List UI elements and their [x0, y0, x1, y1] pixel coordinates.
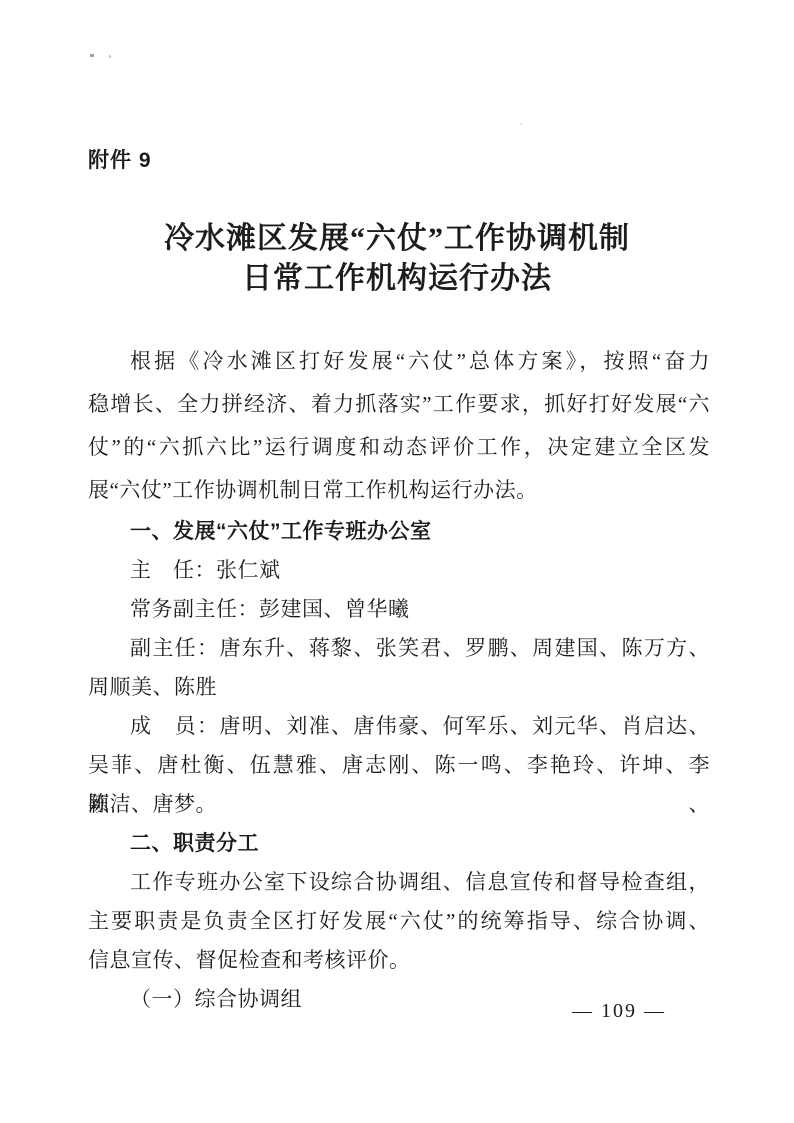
document-title-line-2: 日常工作机构运行办法 [0, 259, 794, 299]
body-line: 副主任：唐东升、蒋黎、张笑君、罗鹏、周建国、陈万方、 [88, 629, 710, 668]
scan-speck [90, 54, 94, 57]
body-line: 信息宣传、督促检查和考核评价。 [88, 941, 710, 980]
attachment-label: 附件 9 [88, 144, 152, 174]
body-line: 工作专班办公室下设综合协调组、信息宣传和督导检查组， [88, 863, 710, 902]
document-page: 附件 9 冷水滩区发展“六仗”工作协调机制 日常工作机构运行办法 根据《冷水滩区… [0, 0, 794, 1123]
section-heading-duties: 二、职责分工 [88, 824, 710, 863]
document-body: 根据《冷水滩区打好发展“六仗”总体方案》，按照“奋力 稳增长、全力拼经济、着力抓… [88, 340, 710, 1019]
body-line: 仗”的“六抓六比”运行调度和动态评价工作，决定建立全区发 [88, 426, 710, 469]
body-line: 成 员：唐明、刘准、唐伟豪、何军乐、刘元华、肖启达、 [88, 707, 710, 746]
page-number: — 109 — [572, 1000, 666, 1023]
body-line: 常务副主任：彭建国、曾华曦 [88, 590, 710, 629]
document-title: 冷水滩区发展“六仗”工作协调机制 日常工作机构运行办法 [0, 219, 794, 299]
section-heading-office: 一、发展“六仗”工作专班办公室 [88, 512, 710, 551]
body-line: 主要职责是负责全区打好发展“六仗”的统筹指导、综合协调、 [88, 902, 710, 941]
body-line: 周顺美、陈胜 [88, 668, 710, 707]
scan-speck [109, 55, 111, 58]
body-line: 展“六仗”工作协调机制日常工作机构运行办法。 [88, 469, 710, 512]
body-line: 吴菲、唐杜衡、伍慧雅、唐志刚、陈一鸣、李艳玲、许坤、李颖、 [88, 746, 710, 785]
body-line: 主 任：张仁斌 [88, 551, 710, 590]
scan-speck [520, 123, 522, 125]
body-line: 根据《冷水滩区打好发展“六仗”总体方案》，按照“奋力 [88, 340, 710, 383]
body-line: 稳增长、全力拼经济、着力抓落实”工作要求，抓好打好发展“六 [88, 383, 710, 426]
document-title-line-1: 冷水滩区发展“六仗”工作协调机制 [0, 219, 794, 259]
